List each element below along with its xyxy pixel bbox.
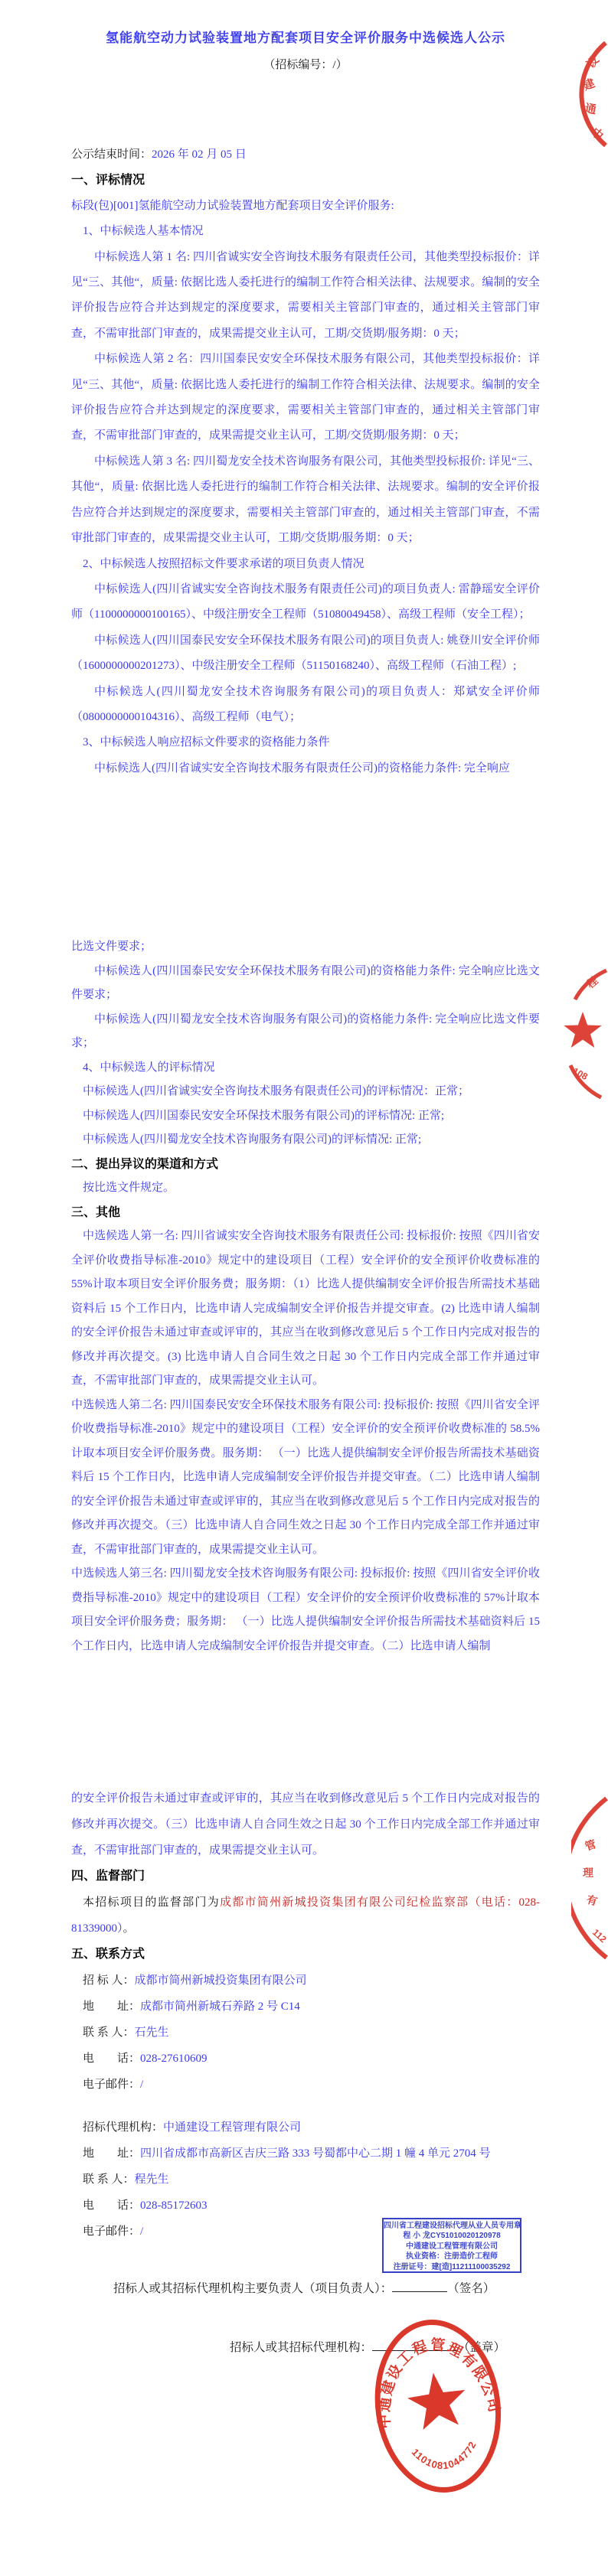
winner3-part1: 中选候选人第三名: 四川蜀龙安全技术咨询服务有限公司: 投标报价: 按照《四川省…	[71, 1562, 540, 1658]
agency-contact-row: 联 系 人：程先生	[71, 2167, 540, 2193]
seal-number-text: 1101081044772	[408, 2437, 482, 2476]
sub3-heading: 3、中标候选人响应招标文件要求的资格能力条件	[71, 730, 540, 755]
lot-line: 标段(包)[001]氢能航空动力试验装置地方配套项目安全评价服务:	[71, 194, 540, 219]
pm1-paragraph: 中标候选人(四川省诚实安全咨询技术服务有限责任公司)的项目负责人: 雷静瑶安全评…	[71, 577, 540, 628]
candidate1-paragraph: 中标候选人第 1 名: 四川省诚实安全咨询技术服务有限责任公司，其他类型投标报价…	[71, 245, 540, 347]
qual1-part2: 比选文件要求；	[71, 935, 540, 960]
sub1-heading: 1、中标候选人基本情况	[71, 219, 540, 244]
edge-seal-bottom-icon: 管 理 有 112	[571, 1794, 608, 1962]
tenderer-name-value: 成都市简州新城投资集团有限公司	[135, 1974, 307, 1987]
tenderer-phone-row: 电 话：028-27610609	[71, 2046, 540, 2072]
agency-name-value: 中通建设工程管理有限公司	[163, 2121, 301, 2134]
eval3-line: 中标候选人(四川蜀龙安全技术咨询服务有限公司)的评标情况: 正常;	[71, 1128, 540, 1153]
section2-body: 按比选文件规定。	[71, 1176, 540, 1201]
supervision-org: 成都市简州新城投资集团有限公司纪检监察部（电话：028-	[220, 1896, 540, 1909]
agency-contact-label: 联 系 人：	[83, 2173, 135, 2186]
section5-heading: 五、联系方式	[71, 1942, 540, 1968]
section3-heading: 三、其他	[71, 1201, 540, 1225]
tenderer-email-row: 电子邮件：/	[71, 2072, 540, 2098]
signature1-label: 招标人或其招标代理机构主要负责人（项目负责人）：	[113, 2282, 392, 2295]
personal-stamp-line1: 四川省工程建设招标代理从业人员专用章	[384, 2221, 520, 2231]
candidate3-paragraph: 中标候选人第 3 名: 四川蜀龙安全技术咨询服务有限公司，其他类型投标报价: 详…	[71, 449, 540, 552]
qual2-paragraph: 中标候选人(四川国泰民安安全环保技术服务有限公司)的资格能力条件: 完全响应比选…	[71, 960, 540, 1008]
winner1-paragraph: 中选候选人第一名: 四川省诚实安全咨询技术服务有限责任公司: 投标报价: 按照《…	[71, 1224, 540, 1394]
publicity-end-line: 公示结束时间：2026 年 02 月 05 日	[71, 142, 540, 168]
supervision-prefix: 本招标项目的监督部门为	[83, 1896, 220, 1909]
agency-address-row: 地 址：四川省成都市高新区吉庆三路 333 号蜀都中心二期 1 幢 4 单元 2…	[71, 2141, 540, 2167]
signature2-label: 招标人或其招标代理机构：	[230, 2341, 372, 2354]
section4-heading: 四、监督部门	[71, 1864, 540, 1890]
publicity-end-date: 2026 年 02 月 05 日	[152, 148, 247, 161]
eval2-line: 中标候选人(四川国泰民安安全环保技术服务有限公司)的评标情况: 正常;	[71, 1104, 540, 1129]
page-1-content: 氢能航空动力试验装置地方配套项目安全评价服务中选候选人公示 （招标编号：/） 公…	[71, 28, 540, 781]
tenderer-name-row: 招 标 人：成都市简州新城投资集团有限公司	[71, 1968, 540, 1994]
section2-heading: 二、提出异议的渠道和方式	[71, 1153, 540, 1177]
agent-personal-stamp: 四川省工程建设招标代理从业人员专用章 程 小 龙CY51010020120978…	[382, 2218, 521, 2273]
personal-stamp-line4: 执业资格：注册造价工程师	[384, 2252, 520, 2261]
eval1-line: 中标候选人(四川省诚实安全咨询技术服务有限责任公司)的评标情况：正常；	[71, 1080, 540, 1104]
announcement-page: 氢能航空动力试验装置地方配套项目安全评价服务中选候选人公示 （招标编号：/） 公…	[0, 0, 608, 2576]
pm2-paragraph: 中标候选人(四川国泰民安安全环保技术服务有限公司)的项目负责人: 姚登川安全评价…	[71, 628, 540, 680]
responsible-person-signature-line: 招标人或其招标代理机构主要负责人（项目负责人）：（签名）	[113, 2279, 495, 2296]
signature1-underline	[392, 2280, 447, 2293]
qual3-paragraph: 中标候选人(四川蜀龙安全技术咨询服务有限公司)的资格能力条件: 完全响应比选文件…	[71, 1008, 540, 1056]
tenderer-address-value: 成都市简州新城石养路 2 号 C14	[140, 2000, 300, 2013]
supervision-phone: 81339000）	[71, 1922, 123, 1935]
agency-email-label: 电子邮件：	[83, 2225, 140, 2238]
tenderer-contact-value: 石先生	[135, 2027, 169, 2039]
edge-seal-top-icon: 设 建 通 中	[574, 41, 608, 147]
tenderer-phone-value: 028-27610609	[140, 2053, 208, 2065]
tenderer-contact-label: 联 系 人：	[83, 2027, 135, 2039]
bid-number-line: （招标编号：/）	[71, 55, 540, 75]
tenderer-address-label: 地 址：	[83, 2000, 140, 2013]
edge-seal-bot-char2: 理	[583, 1867, 594, 1879]
candidate2-paragraph: 中标候选人第 2 名：四川国泰民安安全环保技术服务有限公司，其他类型投标报价：详…	[71, 347, 540, 449]
seal-star-icon	[404, 2369, 469, 2431]
sub4-heading: 4、中标候选人的评标情况	[71, 1056, 540, 1081]
page-title: 氢能航空动力试验装置地方配套项目安全评价服务中选候选人公示	[71, 28, 540, 49]
tenderer-address-row: 地 址：成都市简州新城石养路 2 号 C14	[71, 1994, 540, 2020]
svg-text:1101081044772: 1101081044772	[408, 2437, 482, 2476]
edge-seal-bot-char1: 管	[583, 1837, 597, 1853]
tenderer-email-label: 电子邮件：	[83, 2079, 140, 2091]
agency-contact-value: 程先生	[135, 2173, 169, 2186]
supervision-line: 本招标项目的监督部门为成都市简州新城投资集团有限公司纪检监察部（电话：028-8…	[71, 1890, 540, 1942]
personal-stamp-line2: 程 小 龙CY51010020120978	[384, 2231, 520, 2241]
winner2-paragraph: 中选候选人第二名: 四川国泰民安安全环保技术服务有限公司: 投标报价: 按照《四…	[71, 1394, 540, 1563]
agency-email-value: /	[140, 2225, 143, 2238]
tenderer-phone-label: 电 话：	[83, 2053, 140, 2065]
agency-phone-row: 电 话：028-85172603	[71, 2193, 540, 2219]
agency-address-label: 地 址：	[83, 2147, 140, 2160]
signature1-suffix: （签名）	[447, 2282, 495, 2295]
qual1-part1: 中标候选人(四川省诚实安全咨询技术服务有限责任公司)的资格能力条件: 完全响应	[71, 756, 540, 781]
personal-stamp-line5: 注册证号：建[造]11211100035292	[384, 2262, 520, 2272]
edge-seal-bot-char3: 有	[585, 1893, 599, 1908]
agency-company-seal-icon: 中通建设工程管理有限公司 1101081044772	[361, 2307, 515, 2506]
agency-address-value: 四川省成都市高新区吉庆三路 333 号蜀都中心二期 1 幢 4 单元 2704 …	[140, 2147, 491, 2160]
agency-name-row: 招标代理机构：中通建设工程管理有限公司	[71, 2115, 540, 2141]
supervision-period: 。	[123, 1922, 135, 1935]
pm3-paragraph: 中标候选人(四川蜀龙安全技术咨询服务有限公司)的项目负责人：郑斌安全评价师（08…	[71, 680, 540, 731]
agency-phone-label: 电 话：	[83, 2199, 140, 2212]
personal-stamp-line3: 中通建设工程管理有限公司	[384, 2242, 520, 2252]
tenderer-name-label: 招 标 人：	[83, 1974, 135, 1987]
tenderer-email-value: /	[140, 2079, 143, 2091]
section1-heading: 一、评标情况	[71, 168, 540, 193]
sub2-heading: 2、中标候选人按照招标文件要求承诺的项目负责人情况	[71, 552, 540, 577]
edge-seal-top-char3: 通	[583, 101, 597, 116]
edge-seal-middle-icon: 程 108	[563, 966, 608, 1101]
edge-seal-mid-star-icon	[564, 1012, 601, 1048]
page-3-content: 的安全评价报告未通过审查或评审的，其应当在收到修改意见后 5 个工作日内完成对报…	[71, 1785, 540, 2245]
agency-phone-value: 028-85172603	[140, 2199, 208, 2212]
page-2-content: 比选文件要求； 中标候选人(四川国泰民安安全环保技术服务有限公司)的资格能力条件…	[71, 935, 540, 1658]
publicity-end-label: 公示结束时间：	[71, 148, 152, 161]
agency-name-label: 招标代理机构：	[83, 2121, 163, 2134]
winner3-part2: 的安全评价报告未通过审查或评审的，其应当在收到修改意见后 5 个工作日内完成对报…	[71, 1785, 540, 1864]
tenderer-contact-row: 联 系 人：石先生	[71, 2020, 540, 2046]
